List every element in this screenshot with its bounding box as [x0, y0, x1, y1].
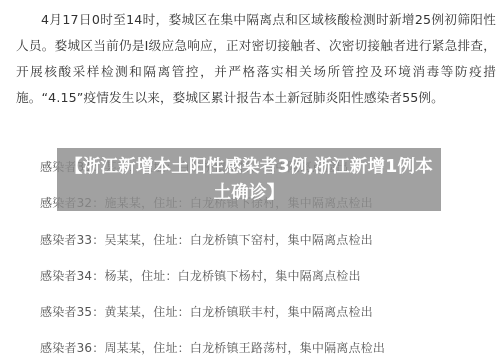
- news-paragraph: 4月17日0时至14时，婺城区在集中隔离点和区域核酸检测时新增25例初筛阳性人员…: [16, 7, 496, 111]
- case-item-33: 感染者33：吴某某，住址：白龙桥镇下窑村，集中隔离点检出: [40, 231, 373, 248]
- headline-overlay: 【浙江新增本土阳性感染者3例,浙江新增1例本土确诊】: [57, 148, 441, 211]
- case-item-36: 感染者36：周某某，住址：白龙桥镇王路荡村，集中隔离点检出: [40, 339, 385, 356]
- case-item-34: 感染者34：杨某，住址：白龙桥镇下杨村，集中隔离点检出: [40, 267, 361, 284]
- headline-title: 【浙江新增本土阳性感染者3例,浙江新增1例本土确诊】: [64, 154, 434, 206]
- case-item-35: 感染者35：黄某某，住址：白龙桥镇联丰村，集中隔离点检出: [40, 303, 373, 320]
